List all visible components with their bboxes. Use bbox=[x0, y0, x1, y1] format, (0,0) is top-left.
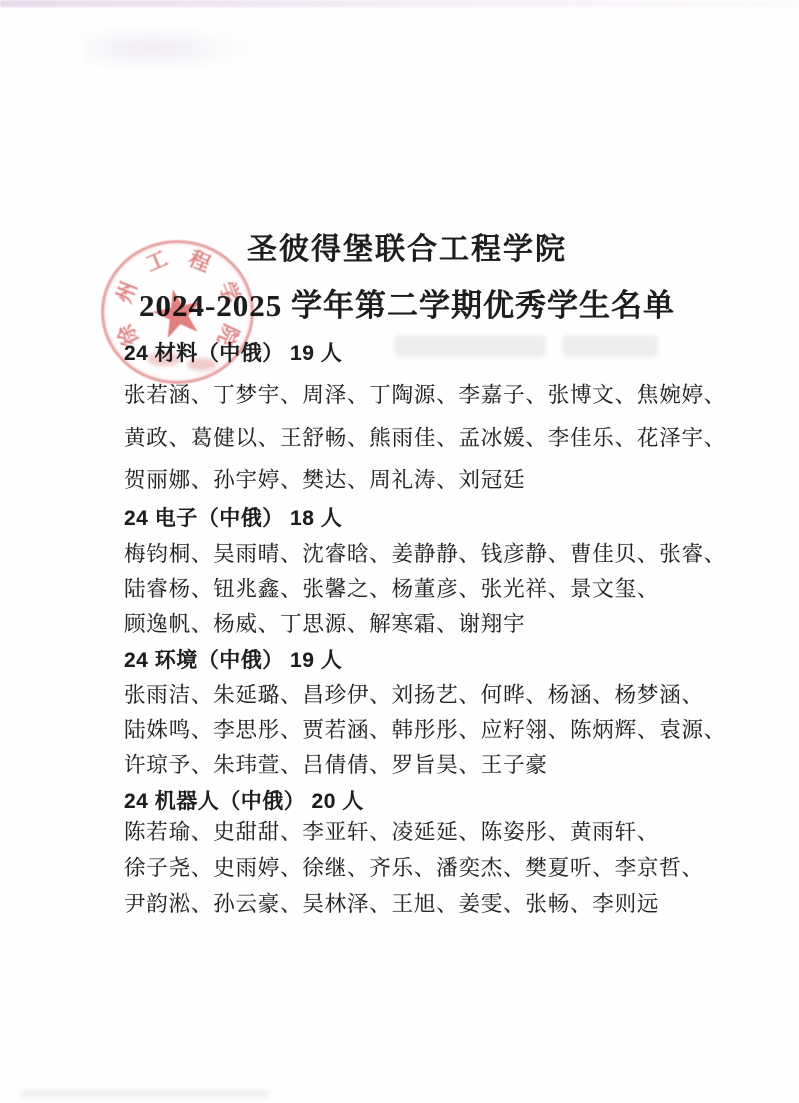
name-list-line: 陆睿杨、钮兆鑫、张馨之、杨董彦、张光祥、景文玺、 bbox=[124, 576, 724, 603]
scanned-document-page: ★ 徐 州 工 程 学 院 圣彼得堡联合工程学院 2024-2025 学年第二学… bbox=[0, 0, 799, 1103]
bleedthrough-mark bbox=[20, 1090, 270, 1098]
section-header-environment: 24 环境（中俄） 19 人 bbox=[124, 647, 724, 674]
name-list-line: 梅钧桐、吴雨晴、沈睿晗、姜静静、钱彦静、曹佳贝、张睿、 bbox=[124, 541, 724, 568]
name-list-line: 张若涵、丁梦宇、周泽、丁陶源、李嘉子、张博文、焦婉婷、 bbox=[124, 382, 724, 409]
name-list-line: 贺丽娜、孙宇婷、樊达、周礼涛、刘冠廷 bbox=[124, 467, 724, 494]
document-subtitle: 2024-2025 学年第二学期优秀学生名单 bbox=[114, 280, 700, 325]
scan-smudge bbox=[85, 26, 255, 71]
name-list-line: 许琼予、朱玮萱、吕倩倩、罗旨昊、王子豪 bbox=[124, 752, 724, 779]
document-title: 圣彼得堡联合工程学院 bbox=[124, 224, 690, 268]
name-list-line: 徐子尧、史雨婷、徐继、齐乐、潘奕杰、樊夏听、李京哲、 bbox=[124, 855, 724, 882]
name-list-line: 陆姝鸣、李思彤、贾若涵、韩彤彤、应籽翎、陈炳辉、袁源、 bbox=[124, 717, 724, 744]
section-header-robotics: 24 机器人（中俄） 20 人 bbox=[124, 788, 724, 815]
name-list-line: 尹韵淞、孙云豪、吴林泽、王旭、姜雯、张畅、李则远 bbox=[124, 891, 724, 918]
name-list-line: 顾逸帆、杨威、丁思源、解寒霜、谢翔宇 bbox=[124, 611, 724, 638]
section-header-electronics: 24 电子（中俄） 18 人 bbox=[124, 505, 724, 532]
section-header-materials: 24 材料（中俄） 19 人 bbox=[124, 340, 724, 367]
name-list-line: 黄政、葛健以、王舒畅、熊雨佳、孟冰媛、李佳乐、花泽宇、 bbox=[124, 425, 724, 452]
name-list-line: 陈若瑜、史甜甜、李亚轩、凌延延、陈姿彤、黄雨轩、 bbox=[124, 819, 724, 846]
name-list-line: 张雨洁、朱延璐、昌珍伊、刘扬艺、何晔、杨涵、杨梦涵、 bbox=[124, 682, 724, 709]
scan-edge-artifact bbox=[0, 0, 799, 7]
